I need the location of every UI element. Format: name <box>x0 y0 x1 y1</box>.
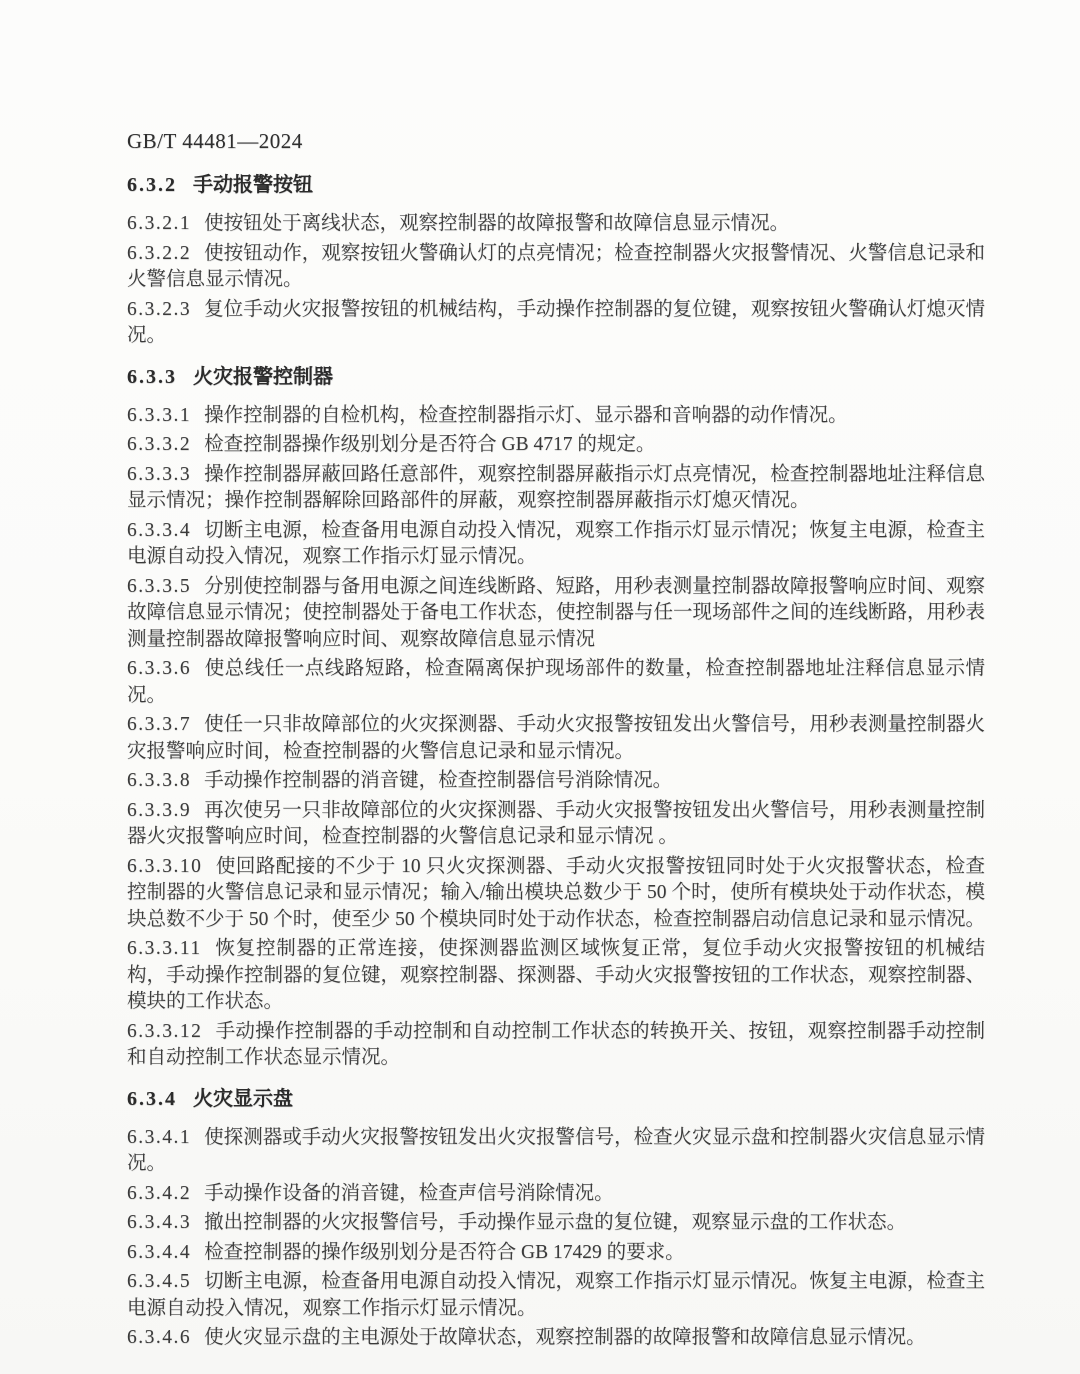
section-heading: 6.3.3火灾报警控制器 <box>127 364 985 391</box>
clause: 6.3.3.6使总线任一点线路短路，检查隔离保护现场部件的数量，检查控制器地址注… <box>127 656 985 709</box>
clause: 6.3.3.11恢复控制器的正常连接，使探测器监测区域恢复正常，复位手动火灾报警… <box>127 936 985 1016</box>
clause-number: 6.3.3.11 <box>127 938 202 959</box>
clause-number: 6.3.4.2 <box>127 1183 191 1204</box>
clause-number: 6.3.3.6 <box>127 658 191 679</box>
clause-text: 复位手动火灾报警按钮的机械结构，手动操作控制器的复位键，观察按钮火警确认灯熄灭情… <box>127 299 985 347</box>
clause-text: 使任一只非故障部位的火灾探测器、手动火灾报警按钮发出火警信号，用秒表测量控制器火… <box>127 714 985 762</box>
clause-text: 操作控制器屏蔽回路任意部件，观察控制器屏蔽指示灯点亮情况，检查控制器地址注释信息… <box>127 464 985 512</box>
clause-text: 使按钮处于离线状态，观察控制器的故障报警和故障信息显示情况。 <box>204 213 789 234</box>
clause-number: 6.3.3.1 <box>127 405 191 426</box>
clause: 6.3.4.1使探测器或手动火灾报警按钮发出火灾报警信号，检查火灾显示盘和控制器… <box>127 1125 985 1178</box>
doc-number: GB/T 44481—2024 <box>127 128 985 154</box>
clause: 6.3.4.5切断主电源，检查备用电源自动投入情况，观察工作指示灯显示情况。恢复… <box>127 1269 985 1322</box>
clause-number: 6.3.3.3 <box>127 464 191 485</box>
clause-number: 6.3.3.7 <box>127 714 191 735</box>
clause-list: 6.3.3.1操作控制器的自检机构，检查控制器指示灯、显示器和音响器的动作情况。… <box>127 403 985 1072</box>
clause-text: 使探测器或手动火灾报警按钮发出火灾报警信号，检查火灾显示盘和控制器火灾信息显示情… <box>127 1127 985 1175</box>
clause: 6.3.3.12手动操作控制器的手动控制和自动控制工作状态的转换开关、按钮，观察… <box>127 1019 985 1072</box>
clause-list: 6.3.2.1使按钮处于离线状态，观察控制器的故障报警和故障信息显示情况。 6.… <box>127 211 985 350</box>
clause-number: 6.3.4.1 <box>127 1127 191 1148</box>
clause: 6.3.2.2使按钮动作，观察按钮火警确认灯的点亮情况；检查控制器火灾报警情况、… <box>127 241 985 294</box>
clause-number: 6.3.3.2 <box>127 434 191 455</box>
clause-text: 切断主电源，检查备用电源自动投入情况，观察工作指示灯显示情况；恢复主电源，检查主… <box>127 520 985 568</box>
section-title: 火灾显示盘 <box>193 1088 293 1110</box>
clause: 6.3.3.9再次使另一只非故障部位的火灾探测器、手动火灾报警按钮发出火警信号，… <box>127 798 985 851</box>
clause: 6.3.3.2检查控制器操作级别划分是否符合 GB 4717 的规定。 <box>127 432 985 459</box>
clause: 6.3.3.8手动操作控制器的消音键，检查控制器信号消除情况。 <box>127 768 985 795</box>
section: 6.3.2手动报警按钮 6.3.2.1使按钮处于离线状态，观察控制器的故障报警和… <box>127 172 985 350</box>
clause-number: 6.3.4.5 <box>127 1271 191 1292</box>
clause: 6.3.2.1使按钮处于离线状态，观察控制器的故障报警和故障信息显示情况。 <box>127 211 985 238</box>
clause: 6.3.3.10使回路配接的不少于 10 只火灾探测器、手动火灾报警按钮同时处于… <box>127 854 985 934</box>
section-heading: 6.3.2手动报警按钮 <box>127 172 985 199</box>
clause-text: 手动操作控制器的手动控制和自动控制工作状态的转换开关、按钮，观察控制器手动控制和… <box>127 1021 985 1069</box>
clause-text: 检查控制器的操作级别划分是否符合 GB 17429 的要求。 <box>204 1242 684 1263</box>
section-number: 6.3.4 <box>127 1088 177 1110</box>
clause-number: 6.3.2.1 <box>127 213 191 234</box>
clause-list: 6.3.4.1使探测器或手动火灾报警按钮发出火灾报警信号，检查火灾显示盘和控制器… <box>127 1125 985 1352</box>
clause-text: 操作控制器的自检机构，检查控制器指示灯、显示器和音响器的动作情况。 <box>204 405 848 426</box>
document-page: GB/T 44481—2024 6.3.2手动报警按钮 6.3.2.1使按钮处于… <box>0 0 1080 1374</box>
clause-number: 6.3.4.4 <box>127 1242 191 1263</box>
clause: 6.3.4.2手动操作设备的消音键，检查声信号消除情况。 <box>127 1181 985 1208</box>
section-number: 6.3.3 <box>127 366 177 388</box>
clause-text: 撤出控制器的火灾报警信号，手动操作显示盘的复位键，观察显示盘的工作状态。 <box>204 1212 906 1233</box>
section-heading: 6.3.4火灾显示盘 <box>127 1086 985 1113</box>
clause-text: 使回路配接的不少于 10 只火灾探测器、手动火灾报警按钮同时处于火灾报警状态，检… <box>127 856 985 930</box>
clause-number: 6.3.3.8 <box>127 770 191 791</box>
section: 6.3.3火灾报警控制器 6.3.3.1操作控制器的自检机构，检查控制器指示灯、… <box>127 364 985 1072</box>
clause-text: 手动操作设备的消音键，检查声信号消除情况。 <box>204 1183 614 1204</box>
clause-text: 再次使另一只非故障部位的火灾探测器、手动火灾报警按钮发出火警信号，用秒表测量控制… <box>127 800 985 848</box>
section-number: 6.3.2 <box>127 174 177 196</box>
clause-text: 检查控制器操作级别划分是否符合 GB 4717 的规定。 <box>204 434 655 455</box>
clause-number: 6.3.3.4 <box>127 520 191 541</box>
clause-number: 6.3.3.9 <box>127 800 191 821</box>
clause-number: 6.3.2.3 <box>127 299 191 320</box>
clause: 6.3.3.3操作控制器屏蔽回路任意部件，观察控制器屏蔽指示灯点亮情况，检查控制… <box>127 462 985 515</box>
section-title: 火灾报警控制器 <box>193 366 333 388</box>
clause-number: 6.3.4.3 <box>127 1212 191 1233</box>
clause: 6.3.2.3复位手动火灾报警按钮的机械结构，手动操作控制器的复位键，观察按钮火… <box>127 297 985 350</box>
clause-text: 切断主电源，检查备用电源自动投入情况，观察工作指示灯显示情况。恢复主电源，检查主… <box>127 1271 985 1319</box>
section-title: 手动报警按钮 <box>193 174 313 196</box>
clause-number: 6.3.2.2 <box>127 243 191 264</box>
clause-text: 使火灾显示盘的主电源处于故障状态，观察控制器的故障报警和故障信息显示情况。 <box>204 1327 926 1348</box>
clause: 6.3.3.7使任一只非故障部位的火灾探测器、手动火灾报警按钮发出火警信号，用秒… <box>127 712 985 765</box>
clause-number: 6.3.3.5 <box>127 576 191 597</box>
clause: 6.3.3.4切断主电源，检查备用电源自动投入情况，观察工作指示灯显示情况；恢复… <box>127 518 985 571</box>
clause: 6.3.4.6使火灾显示盘的主电源处于故障状态，观察控制器的故障报警和故障信息显… <box>127 1325 985 1352</box>
clause-text: 分别使控制器与备用电源之间连线断路、短路，用秒表测量控制器故障报警响应时间、观察… <box>127 576 985 650</box>
clause-text: 使按钮动作，观察按钮火警确认灯的点亮情况；检查控制器火灾报警情况、火警信息记录和… <box>127 243 985 291</box>
clause-text: 手动操作控制器的消音键，检查控制器信号消除情况。 <box>204 770 672 791</box>
section: 6.3.4火灾显示盘 6.3.4.1使探测器或手动火灾报警按钮发出火灾报警信号，… <box>127 1086 985 1352</box>
clause-number: 6.3.3.10 <box>127 856 202 877</box>
clause: 6.3.3.1操作控制器的自检机构，检查控制器指示灯、显示器和音响器的动作情况。 <box>127 403 985 430</box>
clause: 6.3.4.4检查控制器的操作级别划分是否符合 GB 17429 的要求。 <box>127 1240 985 1267</box>
clause-text: 使总线任一点线路短路，检查隔离保护现场部件的数量，检查控制器地址注释信息显示情况… <box>127 658 985 706</box>
clause-number: 6.3.3.12 <box>127 1021 202 1042</box>
clause: 6.3.3.5分别使控制器与备用电源之间连线断路、短路，用秒表测量控制器故障报警… <box>127 574 985 654</box>
clause-number: 6.3.4.6 <box>127 1327 191 1348</box>
clause: 6.3.4.3撤出控制器的火灾报警信号，手动操作显示盘的复位键，观察显示盘的工作… <box>127 1210 985 1237</box>
doc-body: 6.3.2手动报警按钮 6.3.2.1使按钮处于离线状态，观察控制器的故障报警和… <box>127 172 985 1352</box>
clause-text: 恢复控制器的正常连接，使探测器监测区域恢复正常，复位手动火灾报警按钮的机械结构，… <box>127 938 985 1012</box>
